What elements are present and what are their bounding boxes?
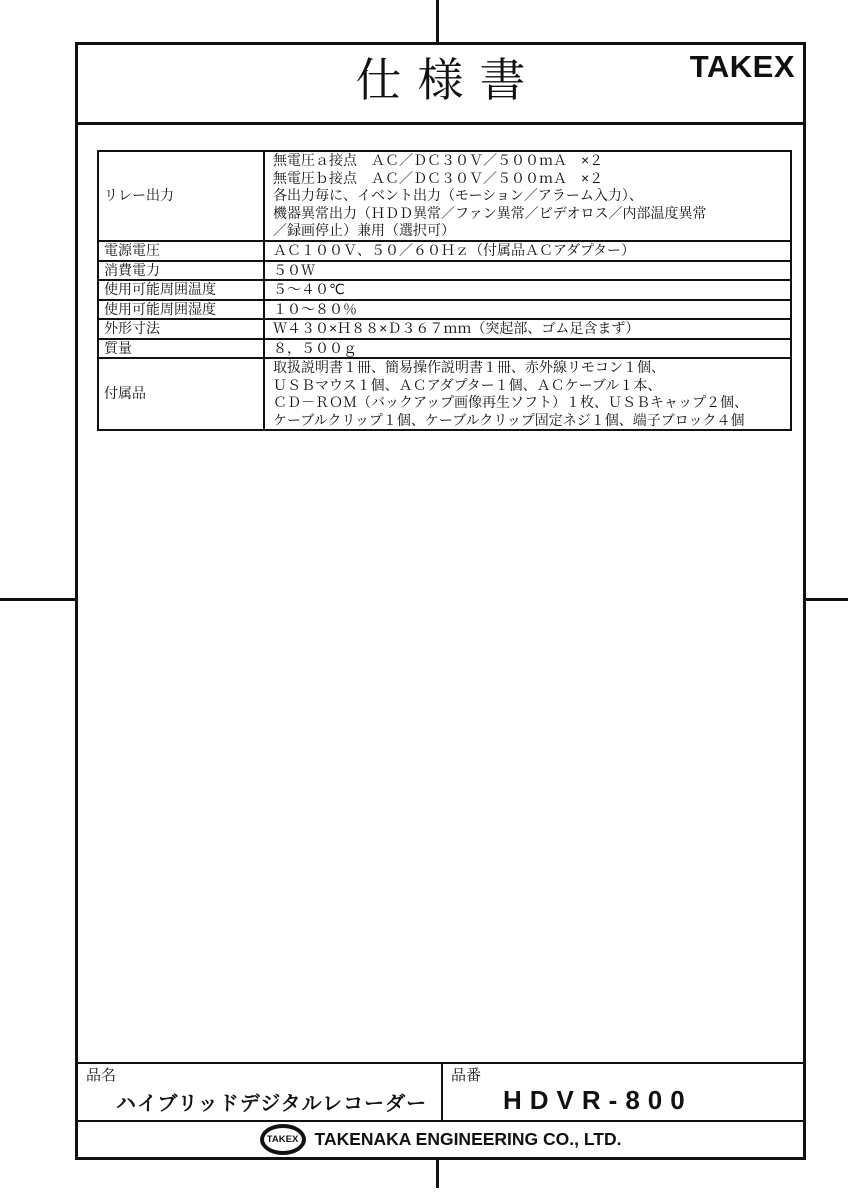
spec-row-dimensions: 外形寸法 Ｗ４３０×Ｈ８８×Ｄ３６７ｍｍ（突起部、ゴム足含まず） (99, 318, 790, 338)
registration-mark-bottom (436, 1160, 439, 1188)
spec-label: 質量 (99, 340, 265, 358)
spec-sheet-page: 仕様書 TAKEX リレー出力 無電圧ａ接点 ＡＣ／ＤＣ３０Ｖ／５００ｍＡ ×２… (75, 42, 806, 1160)
company-footer: TAKEX TAKENAKA ENGINEERING CO., LTD. (78, 1120, 803, 1157)
product-number-cell: 品番 HDVR-800 (443, 1064, 803, 1120)
spec-table: リレー出力 無電圧ａ接点 ＡＣ／ＤＣ３０Ｖ／５００ｍＡ ×２ 無電圧ｂ接点 ＡＣ… (97, 150, 792, 431)
document-header: 仕様書 TAKEX (78, 45, 803, 125)
spec-label: 消費電力 (99, 262, 265, 280)
registration-mark-top (436, 0, 439, 42)
product-number-label: 品番 (451, 1067, 795, 1084)
spec-value: １０～８０％ (265, 301, 790, 319)
product-number-value: HDVR-800 (503, 1085, 795, 1116)
registration-mark-left (0, 598, 75, 601)
spec-label: 電源電圧 (99, 242, 265, 260)
spec-row-power-voltage: 電源電圧 ＡＣ１００Ｖ、５０／６０Ｈｚ（付属品ＡＣアダプター） (99, 240, 790, 260)
company-name: TAKENAKA ENGINEERING CO., LTD. (315, 1129, 622, 1150)
spec-value: ５０Ｗ (265, 262, 790, 280)
spec-value: Ｗ４３０×Ｈ８８×Ｄ３６７ｍｍ（突起部、ゴム足含まず） (265, 320, 790, 338)
spec-row-weight: 質量 ８，５００ｇ (99, 338, 790, 358)
spec-label: 外形寸法 (99, 320, 265, 338)
spec-value: 取扱説明書１冊、簡易操作説明書１冊、赤外線リモコン１個、 ＵＳＢマウス１個、ＡＣ… (265, 359, 790, 429)
spec-label: 付属品 (99, 359, 265, 429)
spec-label: リレー出力 (99, 152, 265, 240)
product-name-value: ハイブリッドデジタルレコーダー (116, 1087, 433, 1116)
spec-label: 使用可能周囲温度 (99, 281, 265, 299)
spec-row-operating-humidity: 使用可能周囲湿度 １０～８０％ (99, 299, 790, 319)
takex-oval-logo-icon: TAKEX (260, 1124, 306, 1155)
spec-row-power-consumption: 消費電力 ５０Ｗ (99, 260, 790, 280)
spec-label: 使用可能周囲湿度 (99, 301, 265, 319)
spec-value: ＡＣ１００Ｖ、５０／６０Ｈｚ（付属品ＡＣアダプター） (265, 242, 790, 260)
spec-value: ５～４０℃ (265, 281, 790, 299)
takex-logotype: TAKEX (690, 49, 795, 85)
registration-mark-right (806, 598, 848, 601)
product-name-label: 品名 (86, 1067, 433, 1084)
product-name-cell: 品名 ハイブリッドデジタルレコーダー (78, 1064, 443, 1120)
spec-row-operating-temperature: 使用可能周囲温度 ５～４０℃ (99, 279, 790, 299)
bottom-block: 品名 ハイブリッドデジタルレコーダー 品番 HDVR-800 TAKEX TAK… (78, 1062, 803, 1157)
spec-value: ８，５００ｇ (265, 340, 790, 358)
spec-value: 無電圧ａ接点 ＡＣ／ＤＣ３０Ｖ／５００ｍＡ ×２ 無電圧ｂ接点 ＡＣ／ＤＣ３０Ｖ… (265, 152, 790, 240)
product-row: 品名 ハイブリッドデジタルレコーダー 品番 HDVR-800 (78, 1062, 803, 1120)
spec-row-accessories: 付属品 取扱説明書１冊、簡易操作説明書１冊、赤外線リモコン１個、 ＵＳＢマウス１… (99, 357, 790, 429)
spec-row-relay-output: リレー出力 無電圧ａ接点 ＡＣ／ＤＣ３０Ｖ／５００ｍＡ ×２ 無電圧ｂ接点 ＡＣ… (99, 152, 790, 240)
